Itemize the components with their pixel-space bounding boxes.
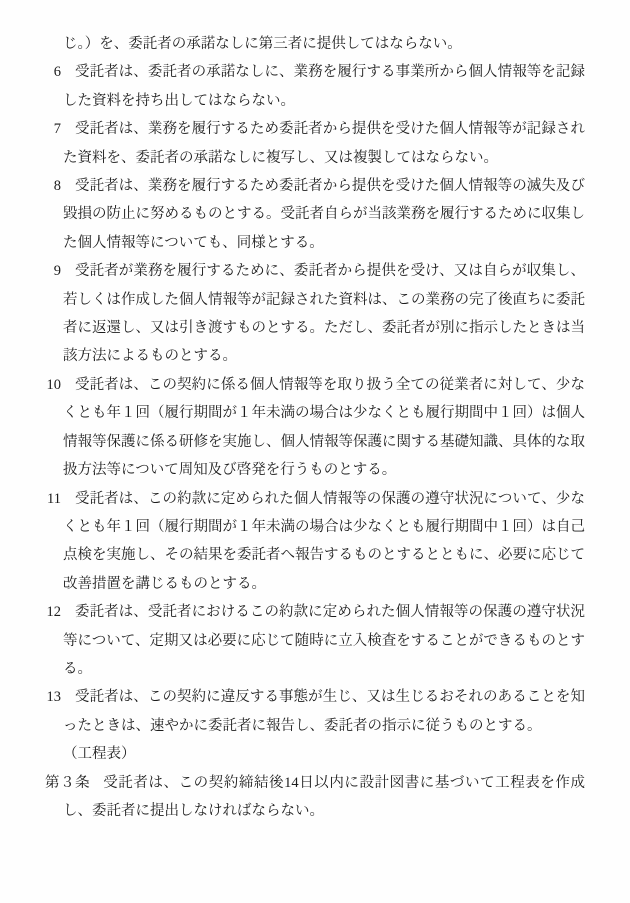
paragraph-text: 委託者は、受託者におけるこの約款に定められた個人情報等の保護の遵守状況等について…: [63, 604, 585, 677]
item-number: 10: [45, 371, 61, 399]
item-number: 7: [45, 115, 61, 143]
article-paragraph: 第３条受託者は、この契約締結後14日以内に設計図書に基づいて工程表を作成し、委託…: [63, 769, 585, 826]
item-paragraph: 10受託者は、この契約に係る個人情報等を取り扱う全ての従業者に対して、少なくとも…: [63, 371, 585, 485]
section-heading-text: （工程表）: [63, 746, 136, 762]
item-number: 9: [45, 257, 61, 285]
item-number: 6: [45, 58, 61, 86]
heading-paragraph: （工程表）: [63, 740, 585, 768]
paragraph-text: 受託者は、業務を履行するため委託者から提供を受けた個人情報等の滅失及び毀損の防止…: [63, 178, 585, 251]
paragraph-text: 受託者は、この契約に係る個人情報等を取り扱う全ての従業者に対して、少なくとも年１…: [63, 377, 585, 478]
item-paragraph: 6受託者は、委託者の承諾なしに、業務を履行する事業所から個人情報等を記録した資料…: [63, 58, 585, 115]
paragraph-text: 受託者は、この約款に定められた個人情報等の保護の遵守状況について、少なくとも年１…: [63, 491, 585, 592]
item-paragraph: 13受託者は、この契約に違反する事態が生じ、又は生じるおそれのあることを知ったと…: [63, 683, 585, 740]
document-page: じ。）を、委託者の承諾なしに第三者に提供してはならない。6受託者は、委託者の承諾…: [0, 0, 630, 903]
item-paragraph: 7受託者は、業務を履行するため委託者から提供を受けた個人情報等が記録された資料を…: [63, 115, 585, 172]
item-paragraph: 11受託者は、この約款に定められた個人情報等の保護の遵守状況について、少なくとも…: [63, 485, 585, 599]
item-paragraph: 9受託者が業務を履行するために、委託者から提供を受け、又は自らが収集し、若しくは…: [63, 257, 585, 371]
paragraph-text: じ。）を、委託者の承諾なしに第三者に提供してはならない。: [63, 36, 462, 52]
item-number: 8: [45, 172, 61, 200]
document-body: じ。）を、委託者の承諾なしに第三者に提供してはならない。6受託者は、委託者の承諾…: [45, 30, 585, 825]
article-label: 第３条: [45, 775, 90, 791]
item-number: 11: [45, 485, 61, 513]
continuation-paragraph: じ。）を、委託者の承諾なしに第三者に提供してはならない。: [63, 30, 585, 58]
paragraph-text: 受託者は、業務を履行するため委託者から提供を受けた個人情報等が記録された資料を、…: [63, 121, 585, 165]
paragraph-text: 受託者は、この契約締結後14日以内に設計図書に基づいて工程表を作成し、委託者に提…: [63, 775, 585, 819]
paragraph-text: 受託者は、委託者の承諾なしに、業務を履行する事業所から個人情報等を記録した資料を…: [63, 64, 585, 108]
paragraph-text: 受託者は、この契約に違反する事態が生じ、又は生じるおそれのあることを知ったときは…: [63, 689, 585, 733]
item-paragraph: 8受託者は、業務を履行するため委託者から提供を受けた個人情報等の滅失及び毀損の防…: [63, 172, 585, 257]
paragraph-text: 受託者が業務を履行するために、委託者から提供を受け、又は自らが収集し、若しくは作…: [63, 263, 585, 364]
item-number: 12: [45, 598, 61, 626]
item-paragraph: 12委託者は、受託者におけるこの約款に定められた個人情報等の保護の遵守状況等につ…: [63, 598, 585, 683]
item-number: 13: [45, 683, 61, 711]
